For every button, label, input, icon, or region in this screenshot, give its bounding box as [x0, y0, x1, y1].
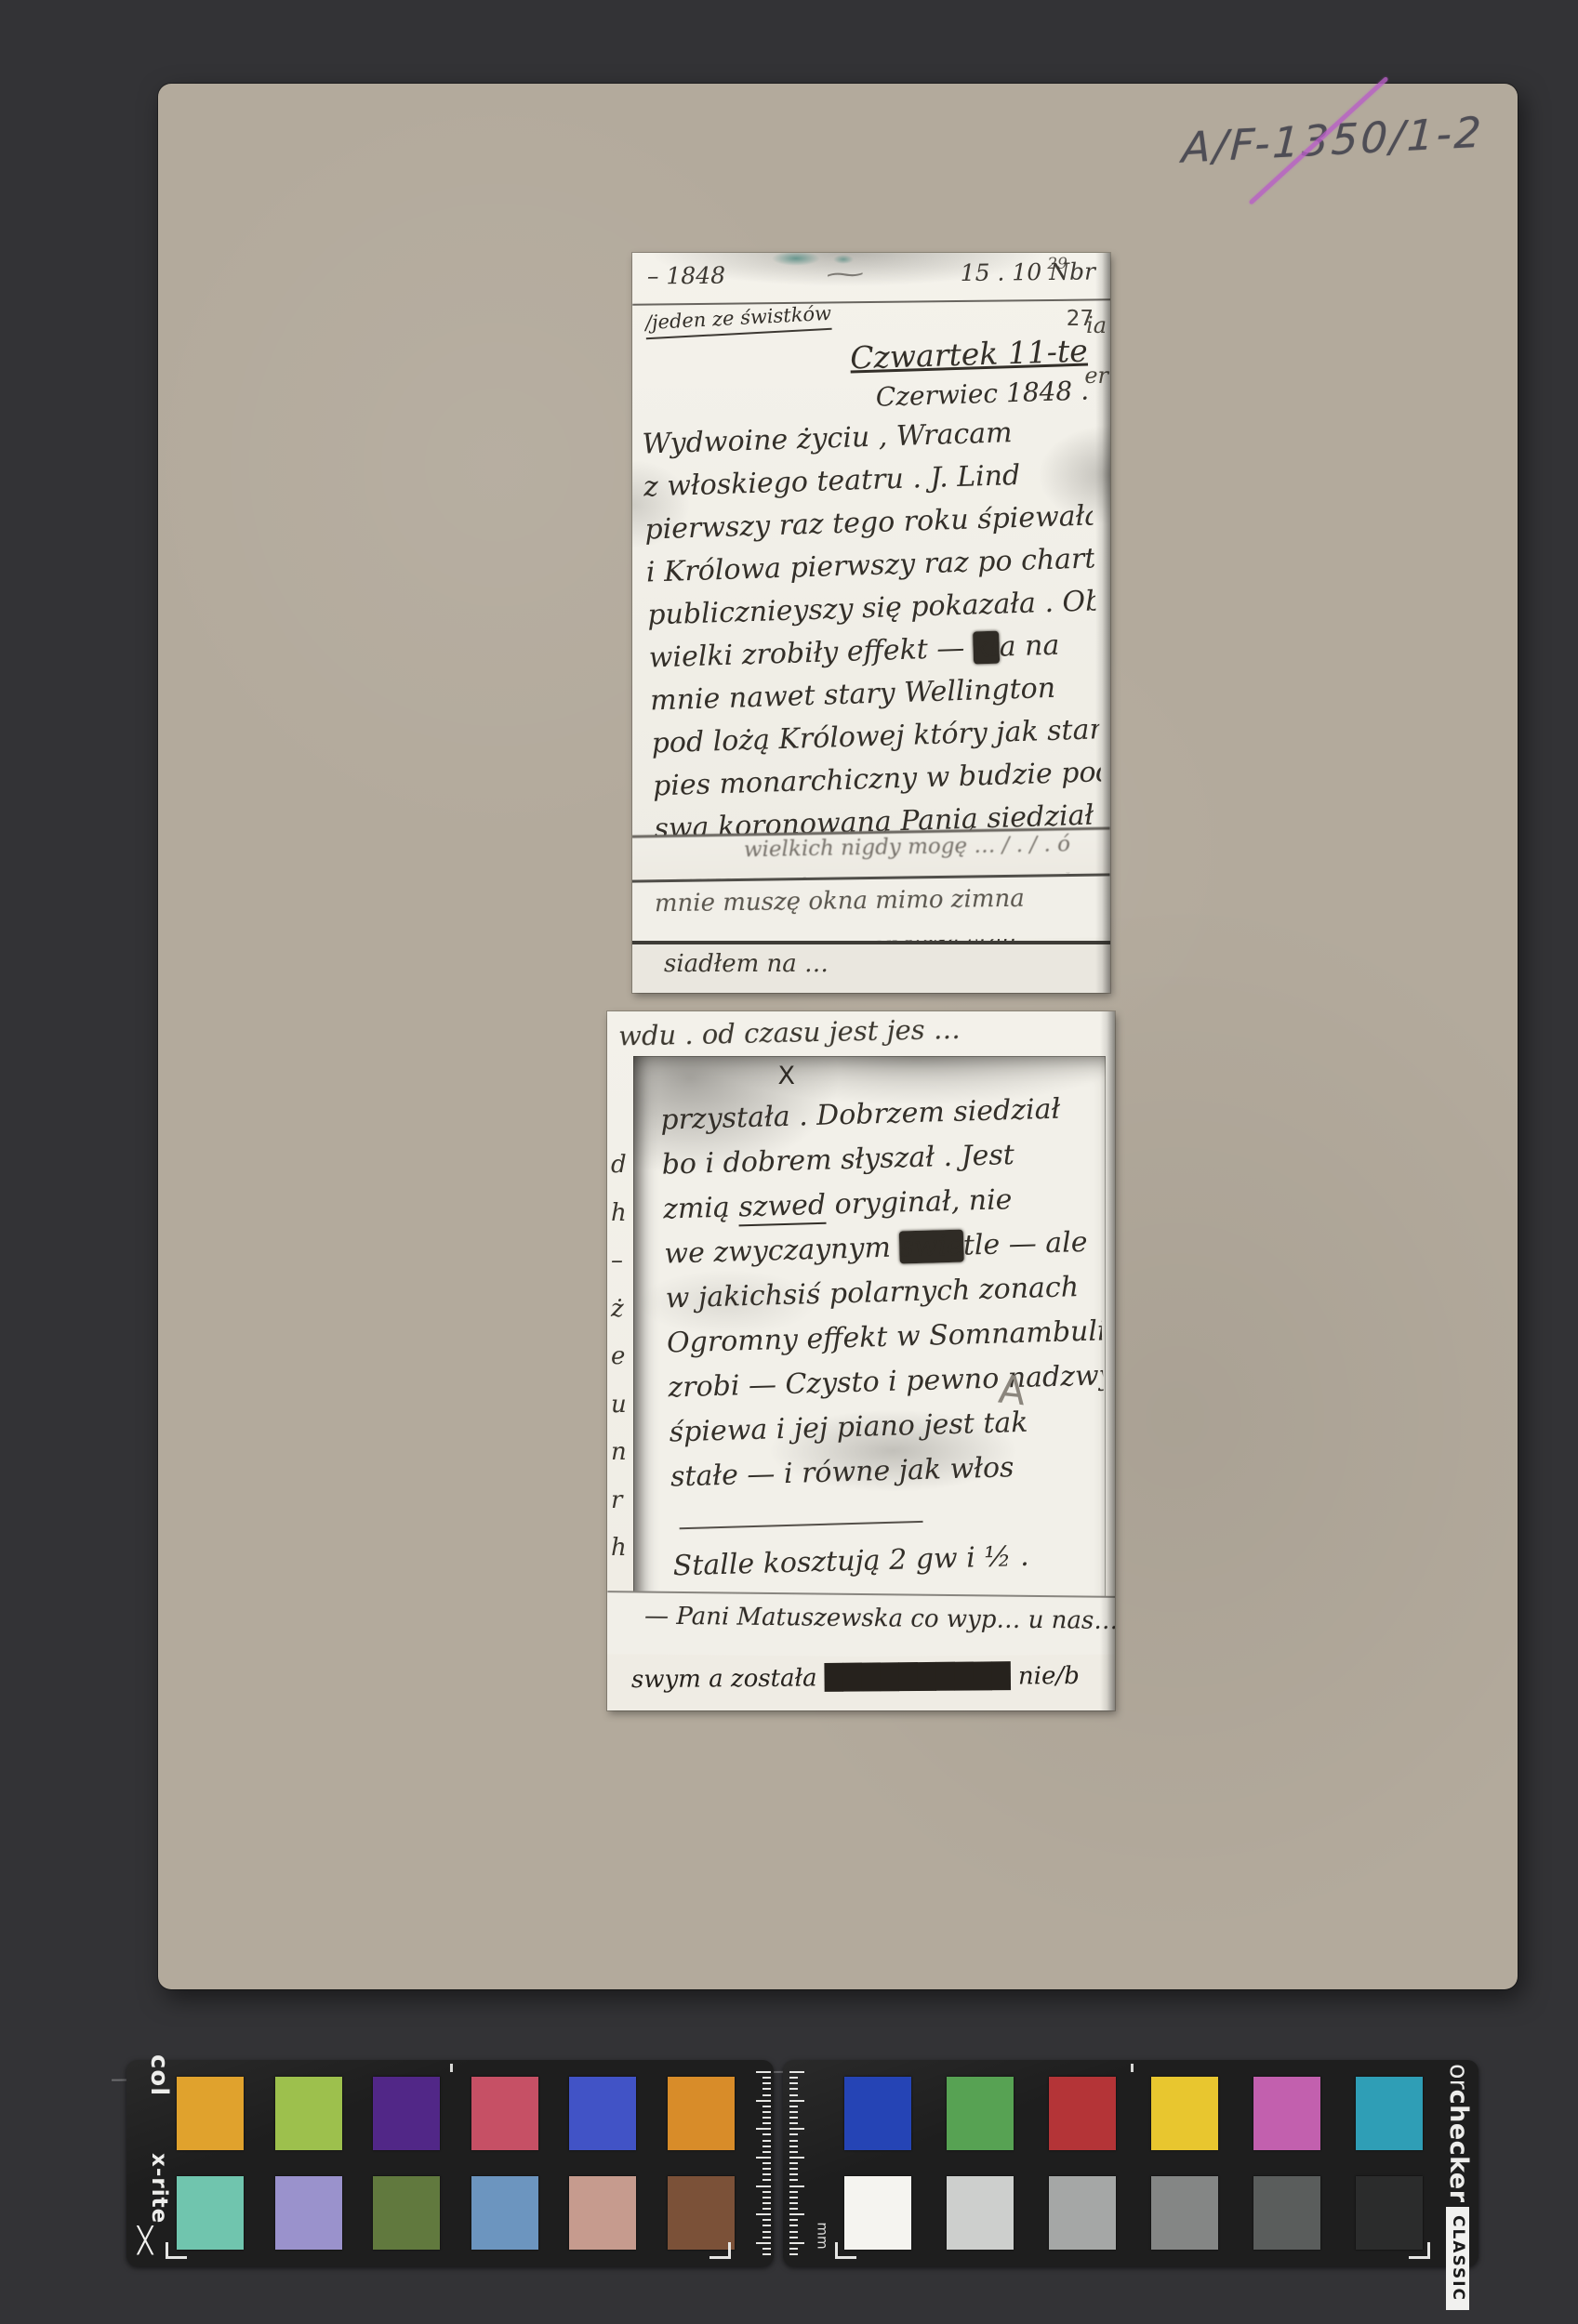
ruler-tick — [762, 2208, 771, 2210]
ruler-tick — [762, 2173, 771, 2175]
photo2-handwritten-lines: przystała . Dobrzem siedziałbo i dobrem … — [660, 1087, 1109, 1590]
ruler-tick — [762, 2219, 771, 2221]
margin-fragment: h — [611, 1534, 627, 1562]
ruler-tick — [762, 2088, 771, 2090]
ruler-tick — [789, 2088, 798, 2090]
ruler-tick — [789, 2162, 798, 2164]
ruler-tick — [756, 2100, 771, 2102]
archive-scan-stage: A/F-1350/1-2 29 – 1848 ~ 15 . 10 Nbr /je… — [0, 0, 1578, 2324]
corner-bracket — [166, 2242, 187, 2259]
color-patch-moderate-red — [471, 2077, 538, 2150]
ruler-tick — [789, 2242, 804, 2244]
header-squiggle: ~ — [821, 260, 864, 287]
ruler-tick — [756, 2242, 771, 2244]
ruler-tick — [789, 2219, 798, 2221]
paper-strip: mnie muszę okna mimo zimna — [632, 873, 1110, 944]
ruler-tick — [762, 2077, 771, 2079]
ruler-tick — [756, 2185, 771, 2187]
catalog-number-text: A/F-1350/1-2 — [1181, 107, 1485, 172]
manuscript-photo-2: wdu . od czasu jest jes … X przystała . … — [607, 1011, 1115, 1710]
ruler-tick — [789, 2253, 798, 2255]
ruler-tick — [789, 2213, 804, 2215]
insertion-x-mark: X — [667, 1062, 906, 1090]
registration-tick — [1131, 2064, 1134, 2072]
manuscript-photo-1: 29 – 1848 ~ 15 . 10 Nbr /jeden ze świstk… — [632, 253, 1110, 993]
color-patch-neutral-6-5 — [1049, 2176, 1116, 2250]
registration-tick — [450, 2064, 453, 2072]
mount-board: A/F-1350/1-2 29 – 1848 ~ 15 . 10 Nbr /je… — [158, 84, 1518, 1989]
ruler-tick — [789, 2185, 804, 2187]
color-patch-purplish-blue — [569, 2077, 636, 2150]
ruler-tick — [789, 2071, 804, 2073]
colorchecker-right-card: mm orchecker CLASSIC — [783, 2060, 1479, 2266]
ruler-tick — [762, 2094, 771, 2096]
color-patch-green — [947, 2077, 1014, 2150]
pencil-doodle: A — [997, 1367, 1028, 1415]
color-patch-orange — [668, 2077, 735, 2150]
ruler-tick — [789, 2133, 798, 2135]
edge-text-fragment: ia — [1086, 312, 1107, 338]
corner-bracket — [709, 2242, 731, 2259]
margin-fragment: h — [611, 1199, 627, 1227]
ruler-tick — [762, 2253, 771, 2255]
photo2-overlapping-strips: — Pani Matuszewska co wyp… u nas… swym a… — [607, 1593, 1115, 1710]
margin-fragment: n — [611, 1438, 627, 1466]
ruler-tick — [789, 2128, 804, 2130]
ruler-tick — [762, 2191, 771, 2193]
patch-row-bottom — [844, 2176, 1423, 2250]
ruler-tick — [789, 2231, 798, 2233]
ruler-tick — [789, 2208, 798, 2210]
paper-strip: siadłem na … — [632, 941, 1110, 993]
colorchecker-left-card: col x-rite ╳ — [126, 2060, 774, 2266]
margin-fragment: – — [611, 1247, 627, 1274]
ruler-tick — [789, 2157, 804, 2159]
ruler-tick — [756, 2213, 771, 2215]
ruler-tick — [762, 2111, 771, 2113]
ruler-tick — [762, 2237, 771, 2238]
ruler-tick — [762, 2248, 771, 2250]
ruler-tick — [789, 2100, 804, 2102]
paper-strip: wielkich nigdy mogę … / . / . ó — [632, 827, 1110, 881]
ruler-tick — [789, 2248, 798, 2250]
xrite-brand-label: x-rite — [147, 2153, 171, 2224]
ruler-tick — [762, 2162, 771, 2164]
mm-ruler — [754, 2071, 771, 2255]
ruler-tick — [762, 2231, 771, 2233]
ruler-tick — [789, 2191, 798, 2193]
ruler-tick — [789, 2082, 798, 2084]
manuscript-line: Stalle kosztują 2 gw i ½ . — [672, 1532, 1108, 1589]
patch-grid — [177, 2077, 735, 2250]
ruler-tick — [789, 2179, 798, 2181]
color-patch-yellow-green — [275, 2077, 342, 2150]
patch-row-top — [177, 2077, 735, 2150]
ruler-tick — [762, 2225, 771, 2226]
ruler-tick — [789, 2168, 798, 2170]
photo2-margin-fragments: dh–żeunrh — [611, 1151, 627, 1562]
ruler-tick — [789, 2146, 798, 2147]
mm-unit-label: mm — [815, 2222, 831, 2249]
ruler-tick — [762, 2133, 771, 2135]
color-patch-blue-flower — [275, 2176, 342, 2250]
ruler-tick — [762, 2197, 771, 2199]
color-patch-yellow — [1151, 2077, 1218, 2150]
color-patch-red — [1049, 2077, 1116, 2150]
color-patch-foliage — [373, 2176, 440, 2250]
color-patch-magenta — [1253, 2077, 1320, 2150]
color-patch-purple — [373, 2077, 440, 2150]
color-patch-orange-yellow — [177, 2077, 244, 2150]
ruler-tick — [789, 2122, 798, 2124]
ruler-tick — [789, 2094, 798, 2096]
color-patch-neutral-3-5 — [1253, 2176, 1320, 2250]
ruler-tick — [789, 2173, 798, 2175]
ruler-tick — [762, 2146, 771, 2147]
colorchecker-partial-label: col — [145, 2054, 173, 2096]
paper-strip: swym a została ██████████ nie/b — [607, 1655, 1115, 1710]
color-patch-blue — [844, 2077, 911, 2150]
manuscript-line — [680, 1521, 923, 1529]
ruler-tick — [762, 2151, 771, 2153]
ruler-tick — [789, 2111, 798, 2113]
mm-ruler — [789, 2071, 806, 2255]
xrite-logo-icon: ╳ — [138, 2226, 152, 2255]
ruler-tick — [789, 2197, 798, 2199]
color-patch-blue-sky — [471, 2176, 538, 2250]
header-date-fragment: 15 . 10 Nbr — [961, 257, 1096, 286]
margin-fragment: ż — [611, 1295, 627, 1323]
color-patch-black — [1356, 2176, 1423, 2250]
photo1-torn-header: – 1848 ~ 15 . 10 Nbr — [632, 253, 1110, 306]
color-patch-dark-skin — [668, 2176, 735, 2250]
ruler-tick — [789, 2077, 798, 2079]
ruler-tick — [789, 2117, 798, 2119]
margin-fragment: u — [611, 1391, 627, 1419]
color-patch-cyan — [1356, 2077, 1423, 2150]
color-patch-bluish-green — [177, 2176, 244, 2250]
photo2-cut-top-line: wdu . od czasu jest jes … — [607, 1011, 1115, 1052]
patch-grid — [844, 2077, 1423, 2250]
photo2-inner-sheet: X przystała . Dobrzem siedziałbo i dobre… — [633, 1056, 1106, 1604]
ruler-tick — [762, 2117, 771, 2119]
catalog-number-annotation: A/F-1350/1-2 — [1181, 107, 1485, 172]
ruler-tick — [762, 2082, 771, 2084]
color-patch-neutral-5 — [1151, 2176, 1218, 2250]
paper-strip: — Pani Matuszewska co wyp… u nas… — [607, 1591, 1115, 1659]
margin-fragment: e — [611, 1342, 627, 1370]
ruler-tick — [762, 2168, 771, 2170]
ruler-tick — [789, 2151, 798, 2153]
photo1-overlapping-strips: wielkich nigdy mogę … / . / . ó mnie mus… — [632, 831, 1110, 993]
patch-row-top — [844, 2077, 1423, 2150]
ruler-tick — [762, 2179, 771, 2181]
margin-fragment: d — [611, 1151, 627, 1179]
classic-badge: CLASSIC — [1446, 2207, 1469, 2310]
corner-bracket — [1409, 2242, 1430, 2259]
ruler-tick — [756, 2071, 771, 2073]
ruler-tick — [756, 2128, 771, 2130]
ruler-tick — [789, 2237, 798, 2238]
photo1-subheader: /jeden ze świstków 27 — [632, 303, 1110, 335]
ruler-tick — [762, 2106, 771, 2107]
colorchecker-partial-label: orchecker — [1444, 2064, 1473, 2203]
ruler-tick — [789, 2202, 798, 2204]
ruler-tick — [789, 2225, 798, 2226]
color-patch-light-skin — [569, 2176, 636, 2250]
edge-text-fragment: er — [1084, 363, 1108, 389]
ruler-tick — [789, 2140, 798, 2142]
ruler-tick — [789, 2106, 798, 2107]
header-year: – 1848 — [647, 262, 725, 290]
margin-fragment: r — [611, 1486, 627, 1514]
ruler-tick — [762, 2202, 771, 2204]
corner-bracket — [835, 2242, 856, 2259]
ruler-tick — [756, 2157, 771, 2159]
color-patch-white — [844, 2176, 911, 2250]
ruler-tick — [762, 2140, 771, 2142]
patch-row-bottom — [177, 2176, 735, 2250]
color-patch-neutral-8 — [947, 2176, 1014, 2250]
note-jeden-ze-swistkow: /jeden ze świstków — [644, 302, 832, 339]
ruler-tick — [762, 2122, 771, 2124]
